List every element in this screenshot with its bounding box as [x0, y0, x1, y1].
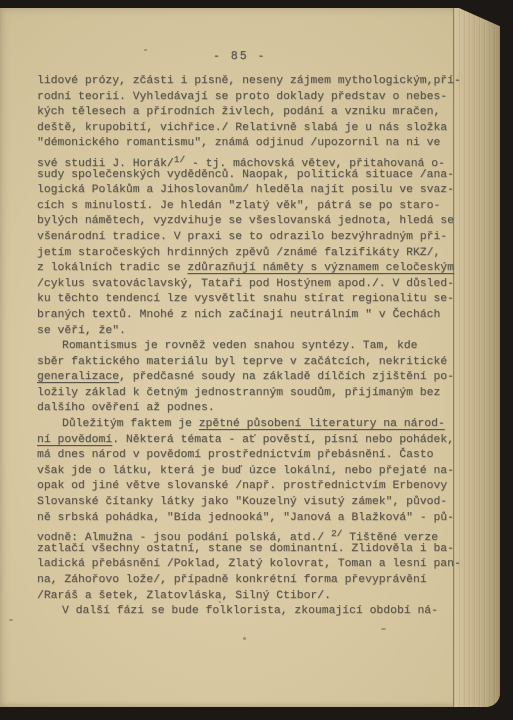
text-line: má dnes národ v povědomí prostřednictvím…	[37, 448, 467, 464]
text-line: sudy společenských vyděděnců. Naopak, po…	[37, 168, 467, 184]
text-line: dalšího ověření až podnes.	[37, 401, 467, 417]
underlined-phrase: zdůrazňují náměty s významem celočeským	[187, 262, 454, 274]
text-segment: . Některá témata - ať pověstí, písní neb…	[112, 434, 454, 446]
text-line: všenárodní tradice. V praxi se to odrazi…	[37, 230, 467, 246]
paper-speck	[219, 601, 221, 603]
text-segment: opak od jiné větve slovanské /např. pros…	[37, 480, 447, 492]
text-segment: deště, krupobití, vichřice./ Relativně s…	[37, 122, 447, 134]
text-line: zatlačí všechny ostatní, stane se domina…	[37, 542, 467, 558]
text-line: rodní teorií. Vyhledávají se proto dokla…	[37, 90, 467, 106]
text-line: cích s minulostí. Je hledán "zlatý věk",…	[37, 199, 467, 215]
text-segment: Důležitým faktem je	[62, 418, 199, 430]
text-segment: Romantismus je rovněž veden snahou synté…	[62, 340, 417, 352]
text-segment: rodní teorií. Vyhledávají se proto dokla…	[37, 91, 447, 103]
text-segment: se věří, že".	[37, 325, 126, 337]
footnote-ref: 1/	[174, 154, 185, 165]
underlined-phrase: ní povědomí	[37, 434, 112, 446]
text-segment: ložily základ k četným jednostranným sou…	[37, 387, 440, 399]
text-line: z lokálních tradic se zdůrazňují náměty …	[37, 261, 467, 277]
text-line: sběr faktického materiálu byl teprve v z…	[37, 355, 467, 371]
text-line: vodně: Almužna - jsou podání polská, atd…	[37, 526, 467, 542]
text-segment: zatlačí všechny ostatní, stane se domina…	[37, 543, 454, 555]
text-segment: V další fázi se bude folklorista, zkouma…	[62, 605, 438, 617]
page-number: - 85 -	[213, 50, 266, 63]
text-segment: cích s minulostí. Je hledán "zlatý věk",…	[37, 200, 440, 212]
text-line: "démonického romantismu", známá odjinud …	[37, 136, 467, 152]
text-segment: Slovanské čítanky látky jako "Kouzelný v…	[37, 496, 447, 508]
text-segment: dalšího ověření až podnes.	[37, 402, 215, 414]
footnote-ref: 2/	[331, 528, 342, 539]
paper-speck	[243, 637, 246, 640]
text-segment: ladická přebásnění /Poklad, Zlatý kolovr…	[37, 558, 461, 570]
text-segment: braných textů. Mnohé z nich začínají neu…	[37, 309, 440, 321]
text-line: deště, krupobití, vichřice./ Relativně s…	[37, 121, 467, 137]
text-segment: lidové prózy, zčásti i písně, neseny záj…	[37, 75, 461, 87]
text-segment: sběr faktického materiálu byl teprve v z…	[37, 356, 447, 368]
text-line: V další fázi se bude folklorista, zkouma…	[37, 604, 467, 620]
text-line: Romantismus je rovněž veden snahou synté…	[37, 339, 467, 355]
text-segment: ně srbská pohádka, "Bída jednooká", "Jan…	[37, 512, 454, 524]
text-segment: z lokálních tradic se	[37, 262, 187, 274]
text-line: /Raráš a šetek, Zlatovláska, Silný Ctibo…	[37, 589, 467, 605]
text-segment: na, Záhořovo lože/, případně konkrétní f…	[37, 574, 427, 586]
text-line: ně srbská pohádka, "Bída jednooká", "Jan…	[37, 511, 467, 527]
text-line: však jde o látku, která je buď úzce loká…	[37, 464, 467, 480]
paper-speck	[381, 628, 386, 630]
text-segment: všenárodní tradice. V praxi se to odrazi…	[37, 231, 447, 243]
text-segment: však jde o látku, která je buď úzce loká…	[37, 465, 454, 477]
text-line: ku těchto tendencí lze vysvětlit snahu s…	[37, 292, 467, 308]
text-line: braných textů. Mnohé z nich začínají neu…	[37, 308, 467, 324]
photo-corner-shadow	[441, 0, 513, 32]
text-segment: sudy společenských vyděděnců. Naopak, po…	[37, 169, 454, 181]
text-line: se věří, že".	[37, 324, 467, 340]
text-block: lidové prózy, zčásti i písně, neseny záj…	[37, 74, 467, 620]
text-segment: má dnes národ v povědomí prostřednictvím…	[37, 449, 433, 461]
text-line: ložily základ k četným jednostranným sou…	[37, 386, 467, 402]
text-line: generalizace, předčasné soudy na základě…	[37, 370, 467, 386]
book-page: - 85 - lidové prózy, zčásti i písně, nes…	[0, 8, 500, 707]
paper-speck	[144, 49, 147, 51]
underlined-phrase: zpětné působení literatury na národ-	[199, 418, 445, 430]
text-line: Důležitým faktem je zpětné působení lite…	[37, 417, 467, 433]
text-line: ladická přebásnění /Poklad, Zlatý kolovr…	[37, 557, 467, 573]
text-segment: kých tělesech a přírodních živlech, podá…	[37, 106, 440, 118]
text-line: jetím staročeských hrdinných zpěvů /znám…	[37, 246, 467, 262]
text-segment: logická Polákům a Jihoslovanům/ hleděla …	[37, 184, 454, 196]
text-line: na, Záhořovo lože/, případně konkrétní f…	[37, 573, 467, 589]
text-segment: /Raráš a šetek, Zlatovláska, Silný Ctibo…	[37, 590, 331, 602]
text-segment: /cyklus svatováclavský, Tataři pod Hostý…	[37, 278, 454, 290]
text-line: lidové prózy, zčásti i písně, neseny záj…	[37, 74, 467, 90]
text-line: Slovanské čítanky látky jako "Kouzelný v…	[37, 495, 467, 511]
text-line: bylých námětech, vyzdvihuje se všeslovan…	[37, 214, 467, 230]
text-segment: bylých námětech, vyzdvihuje se všeslovan…	[37, 215, 454, 227]
text-line: ní povědomí. Některá témata - ať pověstí…	[37, 433, 467, 449]
text-line: své studii J. Horák/1/ - tj. máchovská v…	[37, 152, 467, 168]
text-segment: ku těchto tendencí lze vysvětlit snahu s…	[37, 293, 454, 305]
text-segment: , předčasné soudy na základě dílčích zji…	[119, 371, 454, 383]
paper-speck	[9, 619, 13, 621]
text-line: logická Polákům a Jihoslovanům/ hleděla …	[37, 183, 467, 199]
underlined-phrase: generalizace	[37, 371, 119, 383]
text-segment: "démonického romantismu", známá odjinud …	[37, 137, 440, 149]
text-segment: jetím staročeských hrdinných zpěvů /znám…	[37, 247, 440, 259]
text-line: kých tělesech a přírodních živlech, podá…	[37, 105, 467, 121]
text-line: /cyklus svatováclavský, Tataři pod Hostý…	[37, 277, 467, 293]
text-line: opak od jiné větve slovanské /např. pros…	[37, 479, 467, 495]
